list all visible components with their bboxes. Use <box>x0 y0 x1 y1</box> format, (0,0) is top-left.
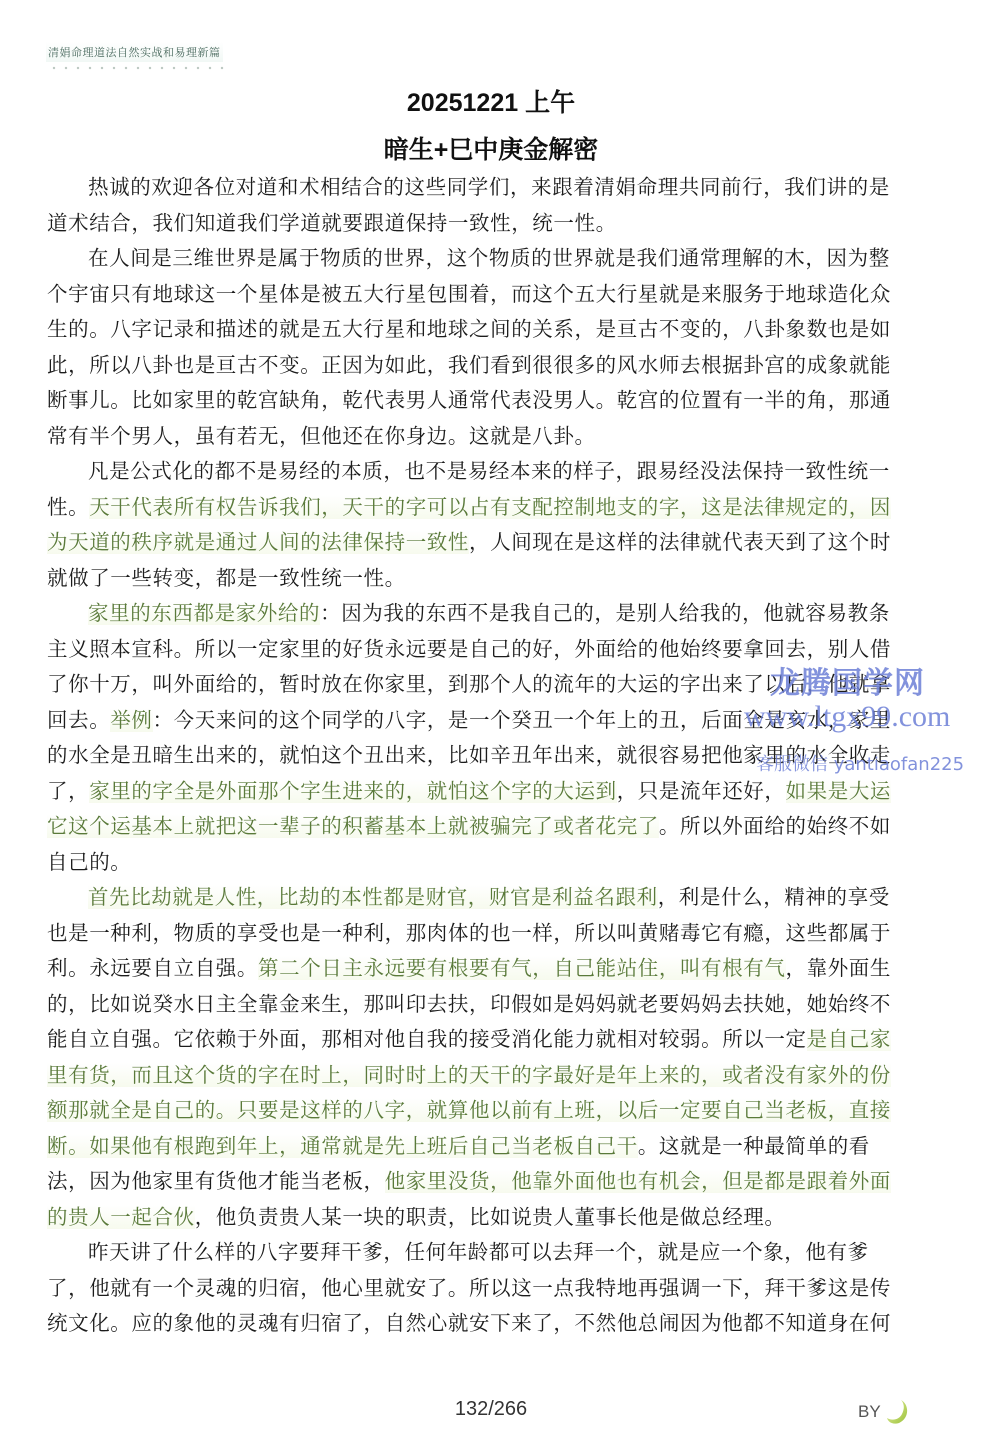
page-title-date: 20251221 上午 <box>0 83 982 119</box>
page-title-topic: 暗生+巳中庚金解密 <box>0 130 982 166</box>
text-segment: 。所以外面给的始终不如 <box>659 814 891 838</box>
text-line: 能自立自强。它依赖于外面，那相对他自我的接受消化能力就相对较弱。所以一定是自己家 <box>47 1022 927 1058</box>
text-line: 了你十万，叫外面给的，暂时放在你家里，到那个人的流年的大运的字出来了以后，他就拿 <box>47 667 927 703</box>
text-segment: ，靠外面生 <box>786 956 892 980</box>
text-segment: 回去。 <box>47 708 110 732</box>
text-line: 回去。举例：今天来问的这个同学的八字，是一个癸丑一个年上的丑，后面全是亥水，家里 <box>47 703 927 739</box>
text-segment: 。这就是一种最简单的看 <box>638 1134 870 1158</box>
text-segment: 主义照本宣科。所以一定家里的好货永远要是自己的好，外面给的他始终要拿回去，别人借 <box>47 637 891 661</box>
highlighted-text: 第二个日主永远要有根要有气，自己能站住，叫有根有气 <box>258 956 786 980</box>
text-line: 断事儿。比如家里的乾宫缺角，乾代表男人通常代表没男人。乾宫的位置有一半的角，那通 <box>47 383 927 419</box>
text-line: 家里的东西都是家外给的：因为我的东西不是我自己的，是别人给我的，他就容易教条 <box>47 596 927 632</box>
text-line: 常有半个男人，虽有若无，但他还在你身边。这就是八卦。 <box>47 419 927 455</box>
text-segment: 断事儿。比如家里的乾宫缺角，乾代表男人通常代表没男人。乾宫的位置有一半的角，那通 <box>47 388 891 412</box>
text-segment: 道术结合，我们知道我们学道就要跟道保持一致性，统一性。 <box>47 211 617 235</box>
text-segment: 性。 <box>47 495 89 519</box>
text-segment: 就做了一些转变，都是一致性统一性。 <box>47 566 406 590</box>
text-line: 凡是公式化的都不是易经的本质，也不是易经本来的样子，跟易经没法保持一致性统一 <box>47 454 927 490</box>
text-segment: 的，比如说癸水日主全靠金来生，那叫印去扶，印假如是妈妈就老要妈妈去扶她，她始终不 <box>47 992 891 1016</box>
text-segment: 自己的。 <box>47 850 131 874</box>
page-number: 132/266 <box>0 1398 982 1421</box>
highlighted-text: 里有货，而且这个货的字在时上，同时时上的天干的字最好是年上来的，或者没有家外的份 <box>47 1063 891 1087</box>
text-line: 热诚的欢迎各位对道和术相结合的这些同学们，来跟着清娟命理共同前行，我们讲的是 <box>47 170 927 206</box>
text-segment: 常有半个男人，虽有若无，但他还在你身边。这就是八卦。 <box>47 424 596 448</box>
text-segment: 凡是公式化的都不是易经的本质，也不是易经本来的样子，跟易经没法保持一致性统一 <box>88 459 890 483</box>
text-segment: 的水全是丑暗生出来的，就怕这个丑出来，比如辛丑年出来，就很容易把他家里的水全收走 <box>47 743 891 767</box>
header-dots-divider <box>48 66 228 70</box>
text-segment: ，他负责贵人某一块的职责，比如说贵人董事长他是做总经理。 <box>195 1205 786 1229</box>
text-segment: ，利是什么，精神的享受 <box>658 885 890 909</box>
text-line: 的贵人一起合伙，他负责贵人某一块的职责，比如说贵人董事长他是做总经理。 <box>47 1200 927 1236</box>
text-line: 也是一种利，物质的享受也是一种利，那肉体的也一样，所以叫黄赌毒它有瘾，这些都属于 <box>47 916 927 952</box>
text-segment: 了，他就有一个灵魂的归宿，他心里就安了。所以这一点我特地再强调一下，拜干爹这是传 <box>47 1276 891 1300</box>
highlighted-text: 它这个运基本上就把这一辈子的积蓄基本上就被骗完了或者花完了 <box>47 814 659 838</box>
text-segment: 了你十万，叫外面给的，暂时放在你家里，到那个人的流年的大运的字出来了以后，他就拿 <box>47 672 891 696</box>
text-line: 统文化。应的象他的灵魂有归宿了，自然心就安下来了，不然他总闹因为他都不知道身在何 <box>47 1306 927 1342</box>
text-line: 性。天干代表所有权告诉我们，天干的字可以占有支配控制地支的字，这是法律规定的，因 <box>47 490 927 526</box>
text-line: 了，他就有一个灵魂的归宿，他心里就安了。所以这一点我特地再强调一下，拜干爹这是传 <box>47 1271 927 1307</box>
highlighted-text: 首先比劫就是人性，比劫的本性都是财官，财官是利益名跟利 <box>88 885 658 909</box>
highlighted-text: 举例 <box>110 708 152 732</box>
text-segment: 了， <box>47 779 89 803</box>
highlighted-text: 是自己家 <box>807 1027 891 1051</box>
text-segment: ，人间现在是这样的法律就代表天到了这个时 <box>469 530 891 554</box>
text-line: 在人间是三维世界是属于物质的世界，这个物质的世界就是我们通常理解的木，因为整 <box>47 241 927 277</box>
text-segment: 能自立自强。它依赖于外面，那相对他自我的接受消化能力就相对较弱。所以一定 <box>47 1027 807 1051</box>
highlighted-text: 家里的东西都是家外给的 <box>88 601 320 625</box>
text-line: 首先比劫就是人性，比劫的本性都是财官，财官是利益名跟利，利是什么，精神的享受 <box>47 880 927 916</box>
text-segment: ，只是流年还好， <box>617 779 786 803</box>
text-line: 法，因为他家里有货他才能当老板，他家里没货，他靠外面他也有机会，但是都是跟着外面 <box>47 1164 927 1200</box>
by-badge: BY <box>858 1398 911 1426</box>
text-line: 就做了一些转变，都是一致性统一性。 <box>47 561 927 597</box>
text-segment: 也是一种利，物质的享受也是一种利，那肉体的也一样，所以叫黄赌毒它有瘾，这些都属于 <box>47 921 891 945</box>
header-tag: 清娟命理道法自然实战和易理新篇 <box>46 42 223 62</box>
text-line: 的水全是丑暗生出来的，就怕这个丑出来，比如辛丑年出来，就很容易把他家里的水全收走 <box>47 738 927 774</box>
highlighted-text: 家里的字全是外面那个字生进来的，就怕这个字的大运到 <box>89 779 617 803</box>
text-line: 它这个运基本上就把这一辈子的积蓄基本上就被骗完了或者花完了。所以外面给的始终不如 <box>47 809 927 845</box>
text-line: 自己的。 <box>47 845 927 881</box>
text-line: 昨天讲了什么样的八字要拜干爹，任何年龄都可以去拜一个，就是应一个象，他有爹 <box>47 1235 927 1271</box>
text-segment: 统文化。应的象他的灵魂有归宿了，自然心就安下来了，不然他总闹因为他都不知道身在何 <box>47 1311 891 1335</box>
text-line: 了，家里的字全是外面那个字生进来的，就怕这个字的大运到，只是流年还好，如果是大运 <box>47 774 927 810</box>
highlighted-text: 断。如果他有根跑到年上，通常就是先上班后自己当老板自己干 <box>47 1134 638 1158</box>
text-line: 利。永远要自立自强。第二个日主永远要有根要有气，自己能站住，叫有根有气，靠外面生 <box>47 951 927 987</box>
text-segment: 昨天讲了什么样的八字要拜干爹，任何年龄都可以去拜一个，就是应一个象，他有爹 <box>88 1240 869 1264</box>
text-line: 额那就全是自己的。只要是这样的八字，就算他以前有上班，以后一定要自己当老板，直接 <box>47 1093 927 1129</box>
text-segment: 生的。八字记录和描述的就是五大行星和地球之间的关系，是亘古不变的，八卦象数也是如 <box>47 317 891 341</box>
text-segment: 法，因为他家里有货他才能当老板， <box>47 1169 385 1193</box>
text-line: 个宇宙只有地球这一个星体是被五大行星包围着，而这个五大行星就是来服务于地球造化众 <box>47 277 927 313</box>
by-label: BY <box>858 1402 881 1422</box>
highlighted-text: 如果是大运 <box>786 779 892 803</box>
highlighted-text: 天干代表所有权告诉我们，天干的字可以占有支配控制地支的字，这是法律规定的，因 <box>89 495 891 519</box>
text-line: 的，比如说癸水日主全靠金来生，那叫印去扶，印假如是妈妈就老要妈妈去扶她，她始终不 <box>47 987 927 1023</box>
text-line: 生的。八字记录和描述的就是五大行星和地球之间的关系，是亘古不变的，八卦象数也是如 <box>47 312 927 348</box>
text-segment: ：因为我的东西不是我自己的，是别人给我的，他就容易教条 <box>320 601 890 625</box>
text-segment: 个宇宙只有地球这一个星体是被五大行星包围着，而这个五大行星就是来服务于地球造化众 <box>47 282 891 306</box>
text-line: 此，所以八卦也是亘古不变。正因为如此，我们看到很很多的风水师去根据卦宫的成象就能 <box>47 348 927 384</box>
text-line: 为天道的秩序就是通过人间的法律保持一致性，人间现在是这样的法律就代表天到了这个时 <box>47 525 927 561</box>
text-segment: 在人间是三维世界是属于物质的世界，这个物质的世界就是我们通常理解的木，因为整 <box>88 246 890 270</box>
highlighted-text: 的贵人一起合伙 <box>47 1205 195 1229</box>
text-line: 断。如果他有根跑到年上，通常就是先上班后自己当老板自己干。这就是一种最简单的看 <box>47 1129 927 1165</box>
text-segment: ：今天来问的这个同学的八字，是一个癸丑一个年上的丑，后面全是亥水，家里 <box>153 708 892 732</box>
highlighted-text: 为天道的秩序就是通过人间的法律保持一致性 <box>47 530 469 554</box>
highlighted-text: 他家里没货，他靠外面他也有机会，但是都是跟着外面 <box>385 1169 891 1193</box>
text-line: 道术结合，我们知道我们学道就要跟道保持一致性，统一性。 <box>47 206 927 242</box>
text-segment: 利。永远要自立自强。 <box>47 956 258 980</box>
body-text: 热诚的欢迎各位对道和术相结合的这些同学们，来跟着清娟命理共同前行，我们讲的是道术… <box>47 170 927 1342</box>
text-line: 主义照本宣科。所以一定家里的好货永远要是自己的好，外面给的他始终要拿回去，别人借 <box>47 632 927 668</box>
text-segment: 此，所以八卦也是亘古不变。正因为如此，我们看到很很多的风水师去根据卦宫的成象就能 <box>47 353 891 377</box>
text-segment: 热诚的欢迎各位对道和术相结合的这些同学们，来跟着清娟命理共同前行，我们讲的是 <box>88 175 890 199</box>
highlighted-text: 额那就全是自己的。只要是这样的八字，就算他以前有上班，以后一定要自己当老板，直接 <box>47 1098 891 1122</box>
text-line: 里有货，而且这个货的字在时上，同时时上的天干的字最好是年上来的，或者没有家外的份 <box>47 1058 927 1094</box>
moon-icon <box>885 1398 911 1426</box>
